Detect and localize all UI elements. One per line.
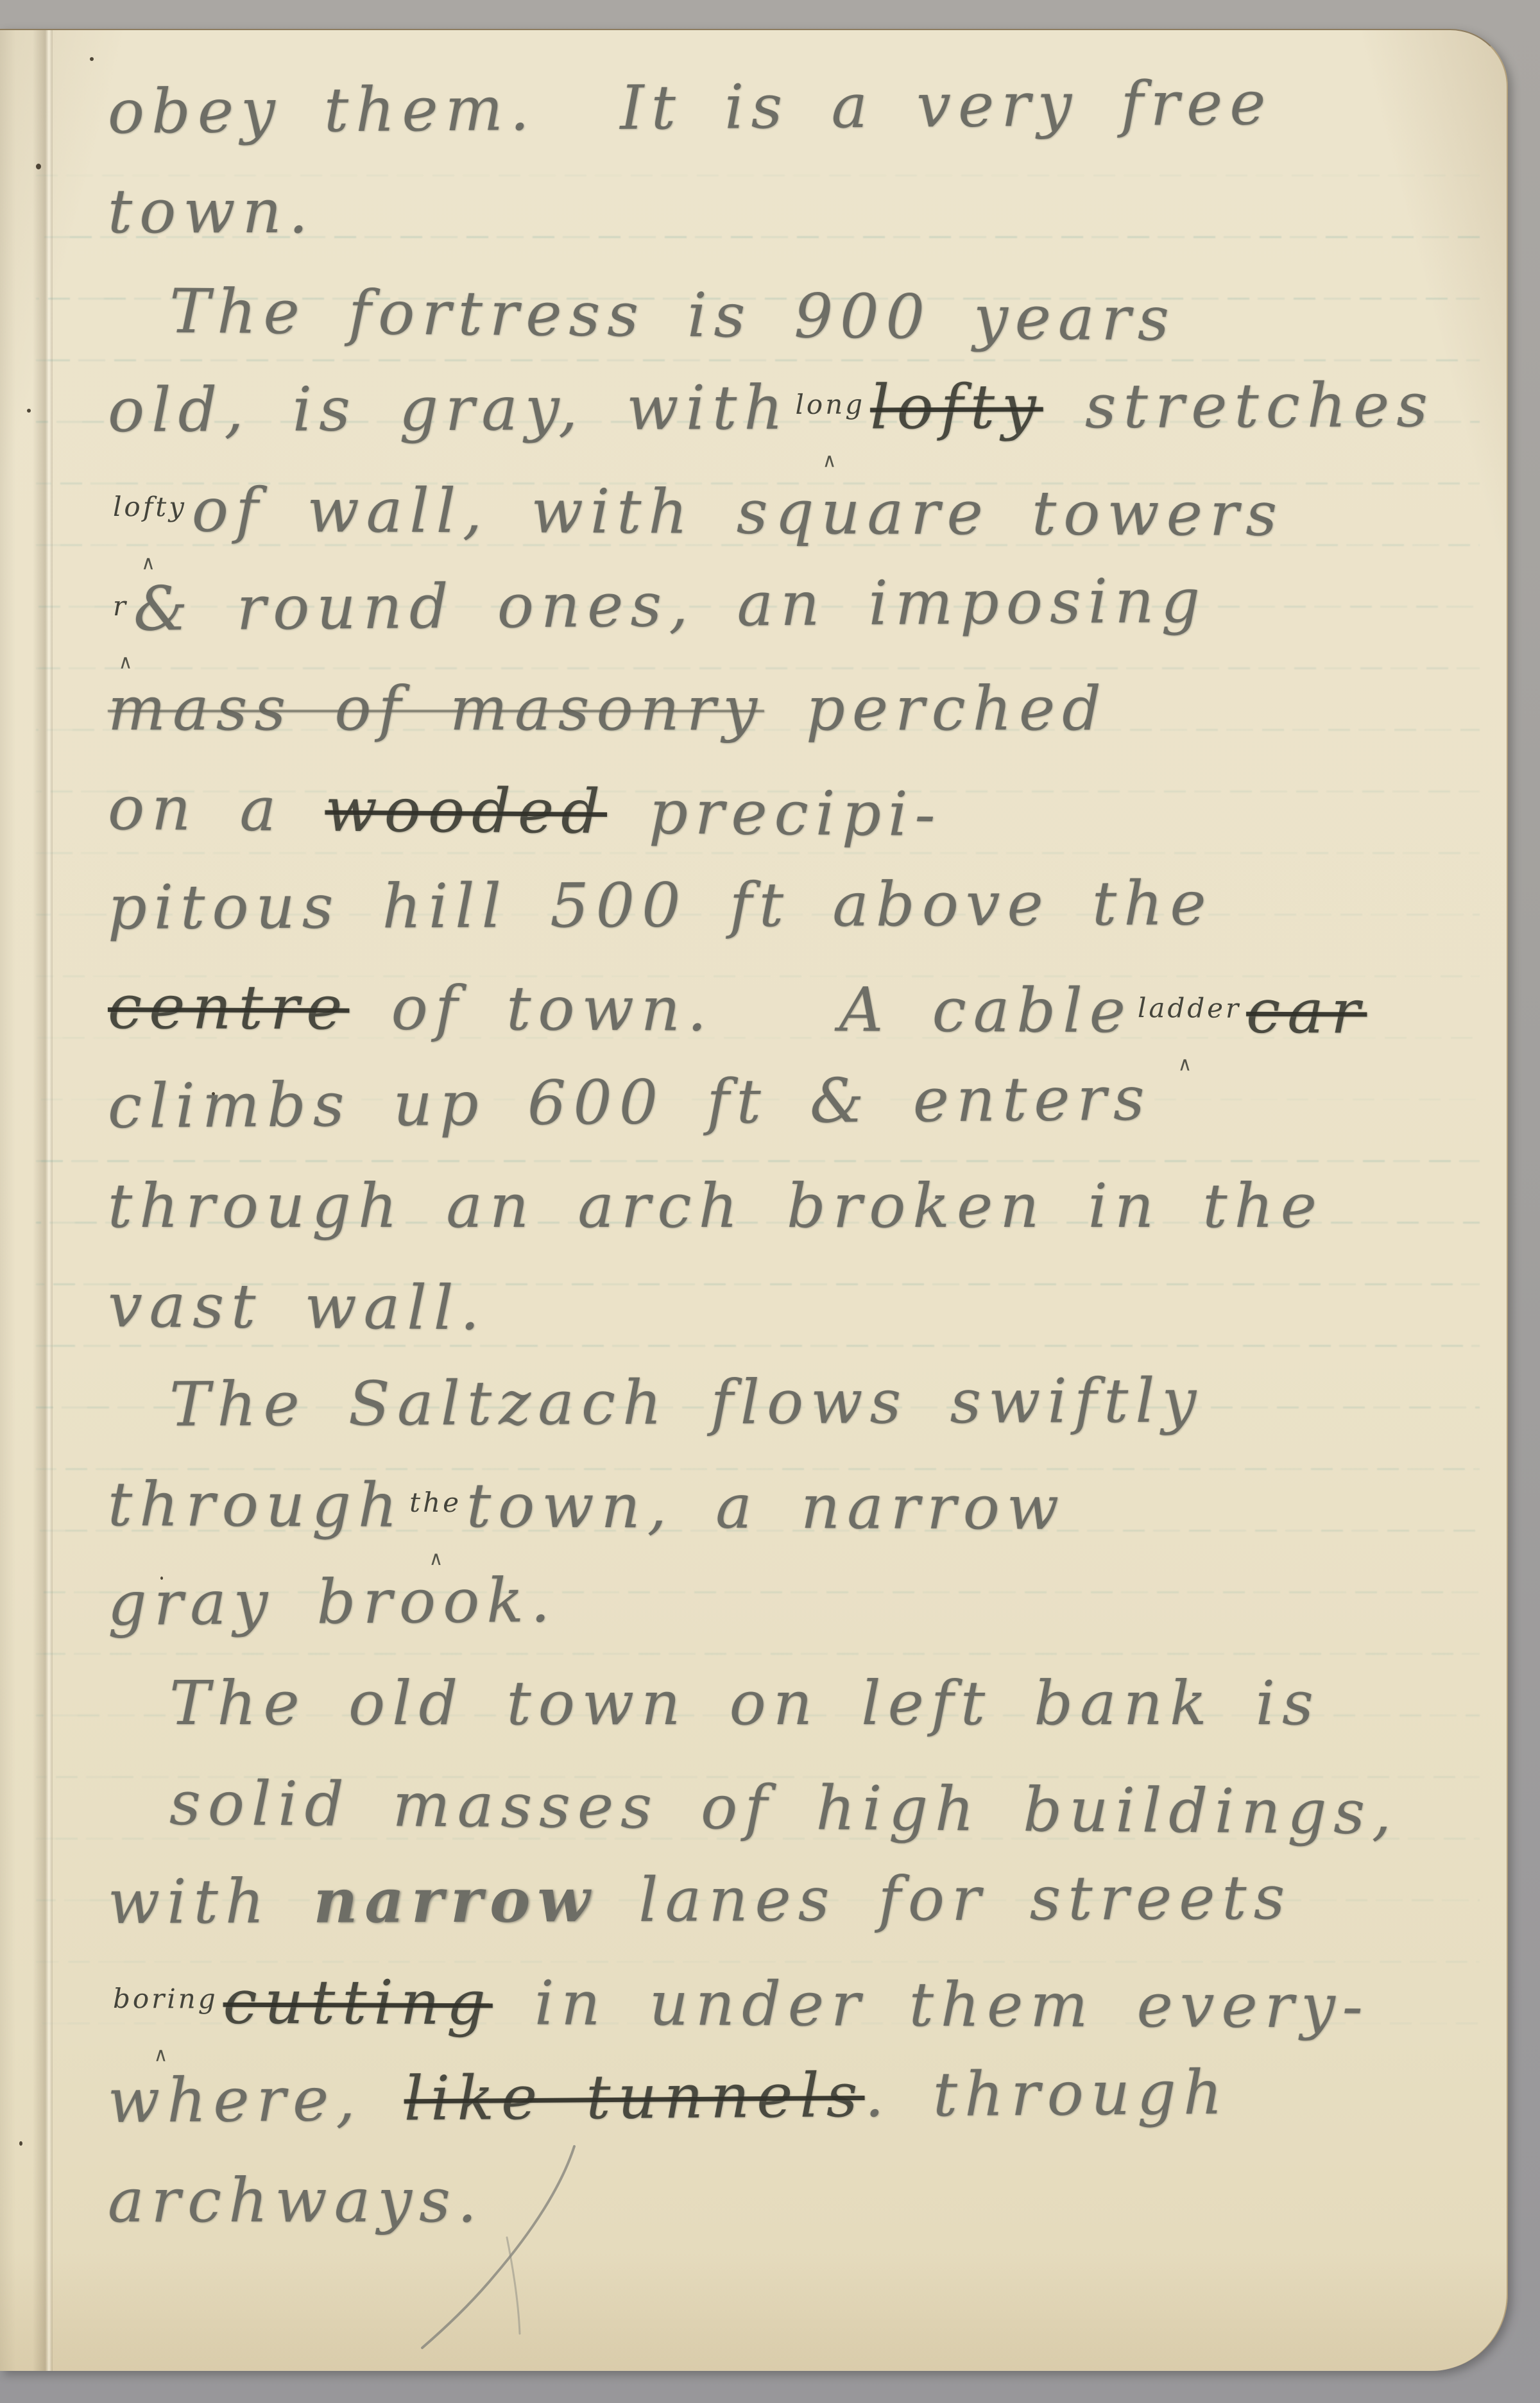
text-segment: The fortress is 900 years (169, 277, 1177, 355)
text-segment: of wall, with square towers (192, 475, 1285, 551)
manuscript-line: archways. (108, 2156, 1436, 2257)
text-segment: lanes for streets (597, 1863, 1292, 1936)
manuscript-line: pitous hill 500 ft above the (108, 858, 1437, 964)
text-segment: perched (764, 674, 1108, 744)
manuscript-line: old, is gray, withlonglofty stretches (108, 361, 1437, 467)
struck-text: car (1246, 977, 1367, 1048)
manuscript-line: mass of masonry perched (108, 664, 1436, 765)
manuscript-line: town. (108, 167, 1436, 268)
struck-text: lofty (870, 372, 1043, 443)
ink-speck (212, 1092, 215, 1095)
struck-text: mass of masonry (108, 674, 764, 744)
manuscript-line: with narrow lanes for streets (108, 1852, 1437, 1959)
manuscript-line: The old town on left bank is (108, 1659, 1436, 1760)
inserted-text: ladder (1133, 992, 1246, 1024)
stray-pencil-stroke (411, 2141, 629, 2353)
text-segment: . through (864, 2058, 1229, 2131)
text-segment: precipi- (607, 777, 943, 850)
text-segment: stretches (1043, 370, 1435, 442)
struck-text: cutting (223, 1967, 493, 2039)
text-segment: climbs up 600 ft & enters (108, 1064, 1152, 1142)
text-segment: through an arch broken in the (108, 1171, 1324, 1242)
text-segment: on a (108, 773, 325, 846)
notebook-page: obey them. It is a very freetown.The for… (0, 29, 1508, 2371)
manuscript-line: r& round ones, an imposing (107, 554, 1436, 666)
ink-speck (27, 409, 31, 413)
ink-speck (36, 164, 41, 169)
struck-text: centre (108, 972, 350, 1043)
struck-text: like tunnels (404, 2060, 865, 2135)
text-segment: The Saltzach flows swiftly (169, 1365, 1204, 1440)
manuscript-line: where, like tunnels. through (107, 2046, 1436, 2158)
text-segment: of town. A cable (349, 973, 1133, 1047)
ink-speck (160, 1577, 163, 1580)
text-segment: town. (108, 176, 315, 247)
text-segment: with (108, 1867, 314, 1938)
text-segment: vast wall. (108, 1270, 487, 1344)
manuscript-line: through an arch broken in the (108, 1161, 1436, 1263)
manuscript-line: The Saltzach flows swiftly (108, 1355, 1437, 1462)
text-segment: old, is gray, with (108, 373, 791, 446)
text-segment: through (108, 1469, 405, 1541)
text-segment: narrow (313, 1865, 597, 1937)
text-segment: where, (108, 2064, 405, 2137)
manuscript-lines: obey them. It is a very freetown.The for… (0, 30, 1507, 2371)
text-segment: obey them. It is a very free (108, 68, 1273, 148)
manuscript-line: climbs up 600 ft & enters (107, 1052, 1436, 1163)
struck-text: wooded (325, 775, 607, 848)
inserted-text: boring (108, 1983, 223, 2015)
inserted-text: long (790, 388, 870, 420)
manuscript-line: obey them. It is a very free (107, 57, 1436, 169)
scanned-notebook-photo: obey them. It is a very freetown.The for… (0, 0, 1540, 2403)
ink-speck (19, 2141, 22, 2146)
ink-speck (90, 57, 94, 61)
text-segment: solid masses of high buildings, (169, 1768, 1399, 1849)
text-segment: town, a narrow (466, 1471, 1066, 1544)
text-segment: gray brook. (108, 1566, 558, 1639)
text-segment: pitous hill 500 ft above the (108, 868, 1213, 943)
text-segment: The old town on left bank is (169, 1668, 1321, 1739)
inserted-text: the (404, 1487, 466, 1518)
inserted-text: lofty (108, 491, 192, 523)
manuscript-line: gray brook. (107, 1549, 1436, 1661)
text-segment: in under them every- (493, 1968, 1371, 2042)
inserted-text: r (108, 590, 133, 622)
text-segment: & round ones, an imposing (133, 566, 1208, 645)
